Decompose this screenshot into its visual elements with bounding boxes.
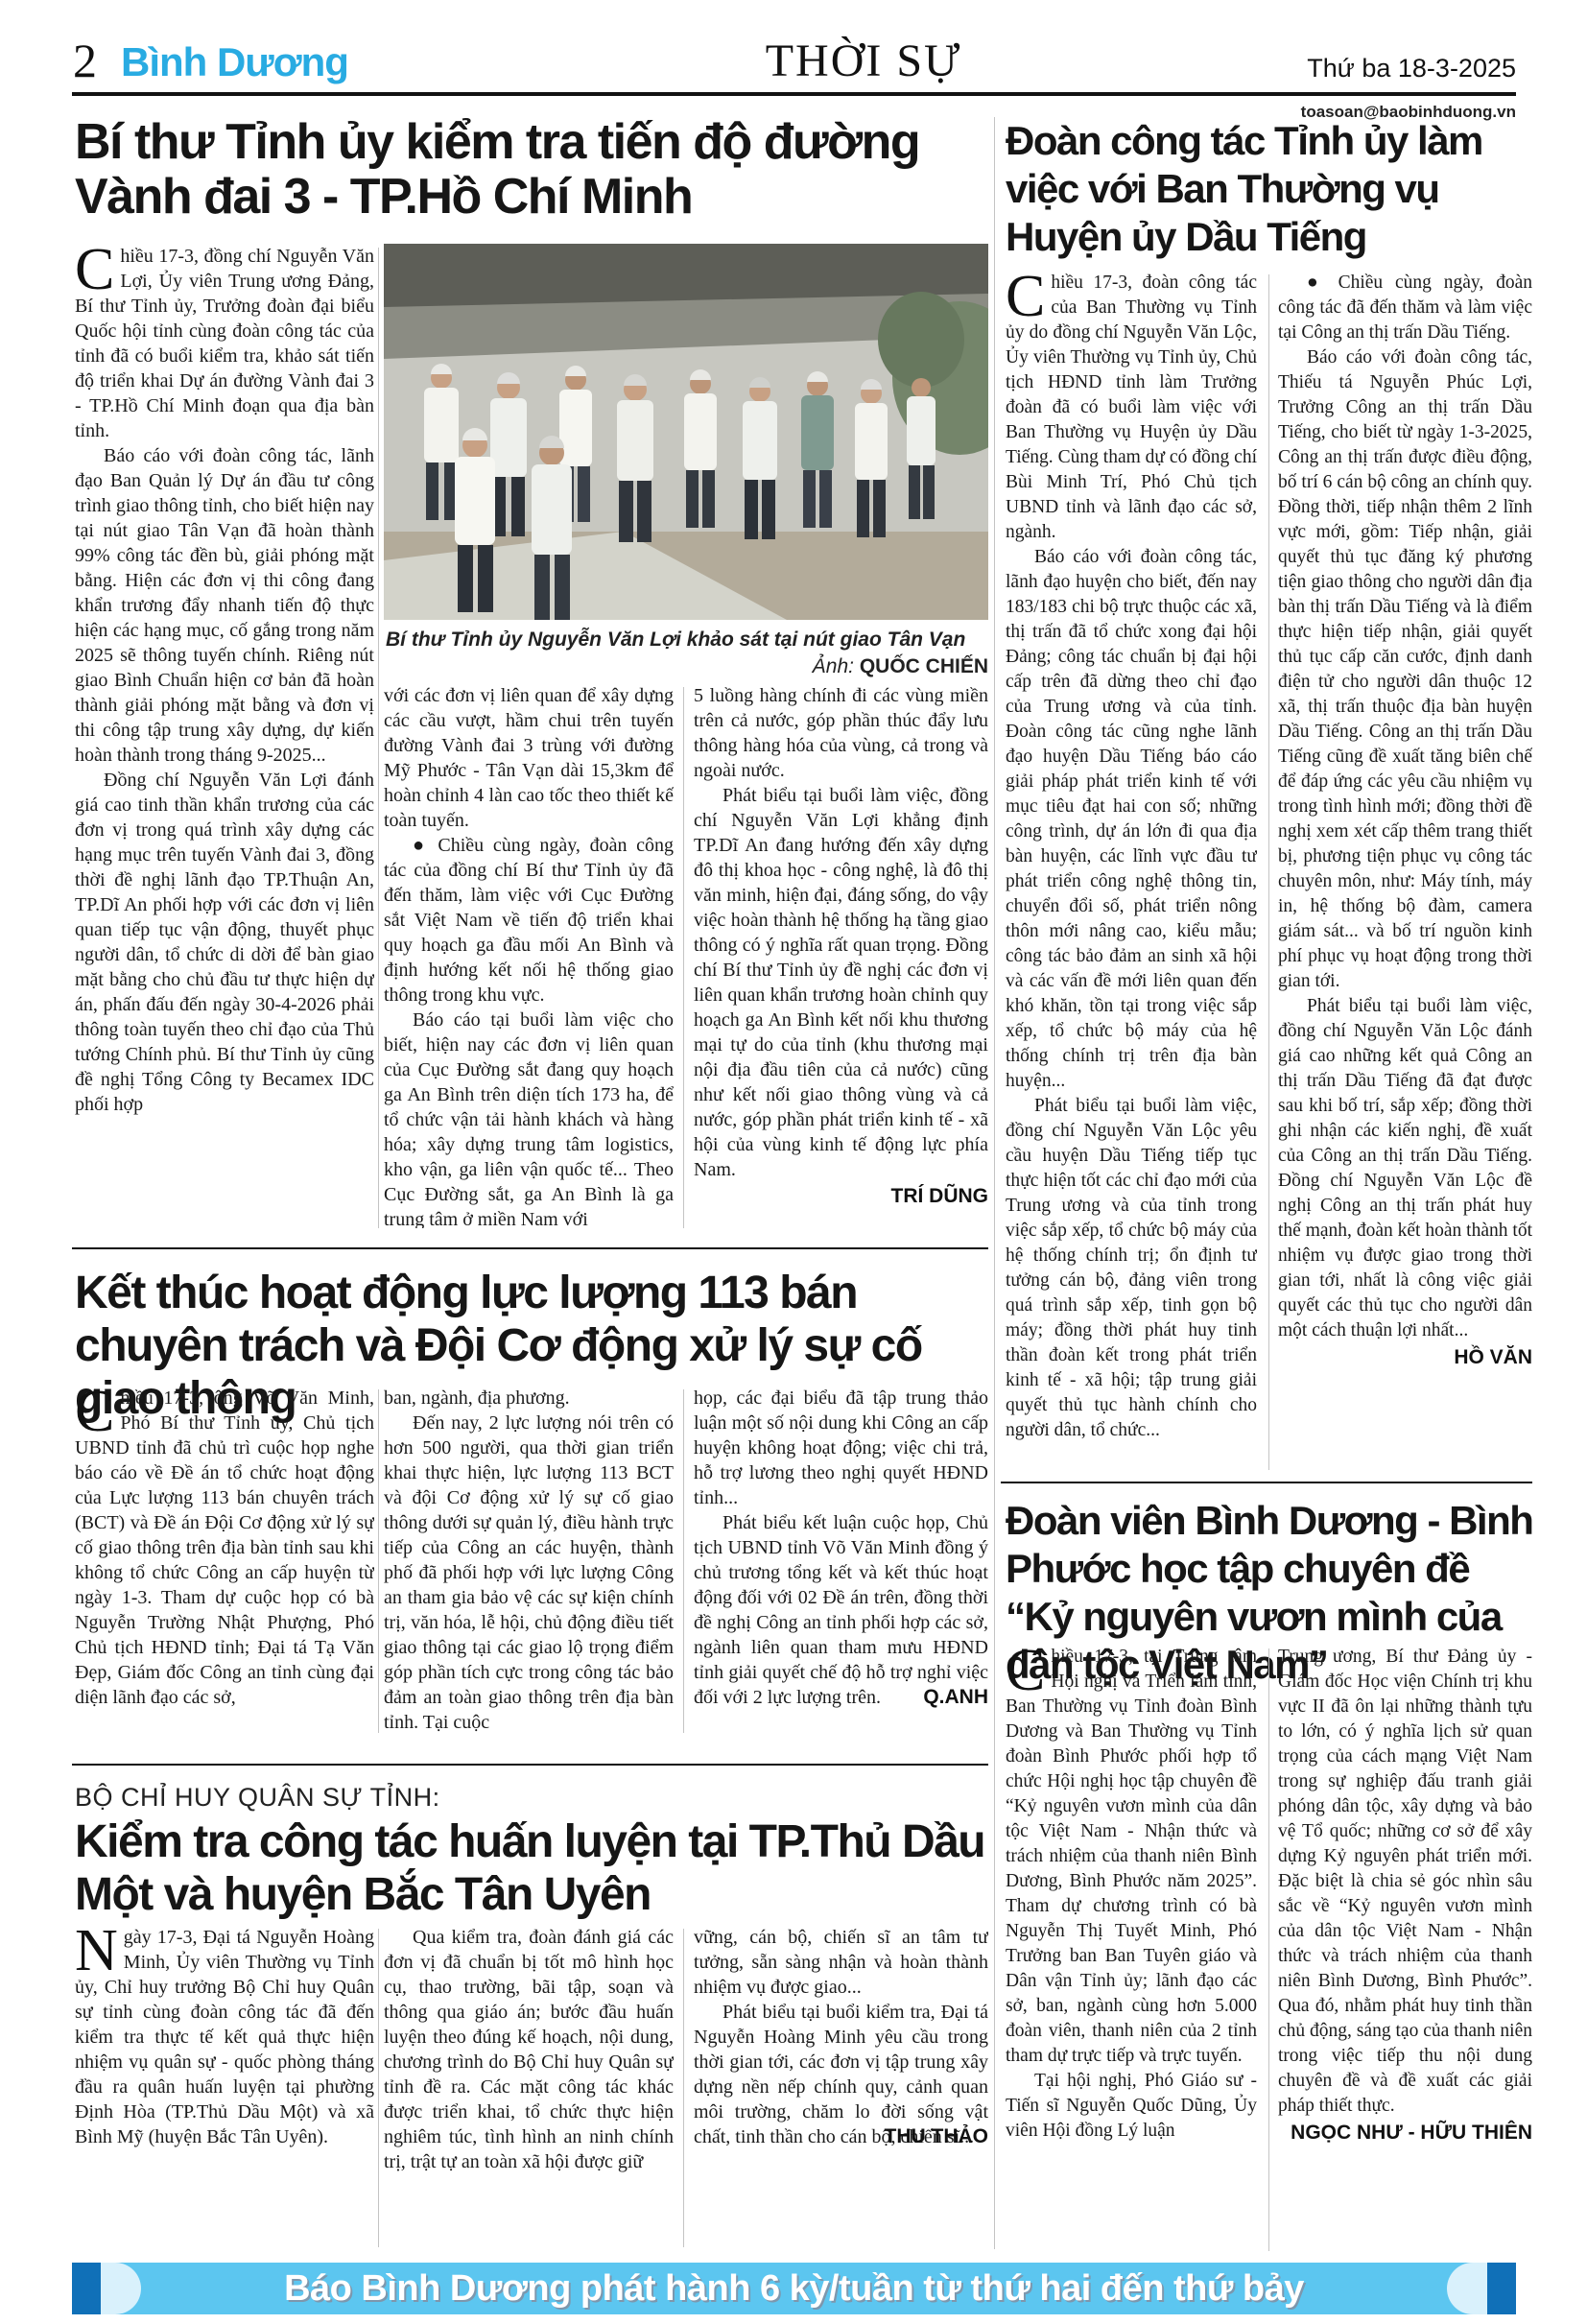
- section-divider: [1001, 1482, 1532, 1483]
- a5-column-2: Trung ương, Bí thư Đảng ủy - Giám đốc Họ…: [1278, 1645, 1532, 2251]
- body-paragraph: Đến nay, 2 lực lượng nói trên có hơn 500…: [384, 1411, 674, 1735]
- body-paragraph: Phát biểu kết luận cuộc họp, Chủ tịch UB…: [694, 1510, 988, 1710]
- a2-byline: HỒ VĂN: [1278, 1345, 1532, 1370]
- column-divider: [378, 1389, 379, 1733]
- body-paragraph: Chiều 17-3, đoàn công tác của Ban Thường…: [1006, 271, 1257, 545]
- a3-column-3: họp, các đại biểu đã tập trung thảo luận…: [694, 1386, 988, 1762]
- body-paragraph: 5 luồng hàng chính đi các vùng miền trên…: [694, 683, 988, 783]
- body-paragraph: Tại hội nghị, Phó Giáo sư - Tiến sĩ Nguy…: [1006, 2069, 1257, 2144]
- body-paragraph: Qua kiểm tra, đoàn đánh giá các đơn vị đ…: [384, 1925, 674, 2174]
- a4-kicker: BỘ CHỈ HUY QUÂN SỰ TỈNH:: [75, 1783, 440, 1812]
- body-paragraph: Báo cáo với đoàn công tác, lãnh đạo Ban …: [75, 443, 374, 768]
- a2-column-2: ● Chiều cùng ngày, đoàn công tác đã đến …: [1278, 271, 1532, 1470]
- section-divider: [72, 1764, 988, 1766]
- a1-headline: Bí thư Tỉnh ủy kiểm tra tiến độ đường Và…: [75, 115, 988, 225]
- footer-disc-left: [101, 2263, 141, 2314]
- body-paragraph: ● Chiều cùng ngày, đoàn công tác đã đến …: [1278, 271, 1532, 345]
- column-divider: [1268, 274, 1269, 1470]
- photo-credit-label: Ảnh:: [813, 655, 854, 677]
- body-paragraph: Phát biểu tại buổi làm việc, đồng chí Ng…: [694, 783, 988, 1182]
- body-paragraph: ● Chiều cùng ngày, đoàn công tác của đồn…: [384, 833, 674, 1008]
- a4-column-2: Qua kiểm tra, đoàn đánh giá các đơn vị đ…: [384, 1925, 674, 2251]
- body-paragraph: với các đơn vị liên quan để xây dựng các…: [384, 683, 674, 833]
- a2-column-1: Chiều 17-3, đoàn công tác của Ban Thường…: [1006, 271, 1257, 1470]
- header-date: Thứ ba 18-3-2025: [1307, 56, 1516, 82]
- footer-disc-right: [1447, 2263, 1487, 2314]
- header-rule: [72, 92, 1516, 96]
- a4-column-1: Ngày 17-3, Đại tá Nguyễn Hoàng Minh, Ủy …: [75, 1925, 374, 2251]
- block-divider: [994, 117, 995, 2249]
- masthead-logo: Bình Dương: [121, 42, 348, 83]
- section-title: THỜI SỰ: [672, 38, 1055, 84]
- a4-column-3: vững, cán bộ, chiến sĩ an tâm tư tưởng, …: [694, 1925, 988, 2251]
- drop-cap: C: [1006, 271, 1051, 320]
- footer-accent-left: [72, 2263, 101, 2314]
- footer-banner: Báo Bình Dương phát hành 6 kỳ/tuần từ th…: [72, 2263, 1516, 2314]
- body-paragraph: Chiều 17-3, đồng chí Nguyễn Văn Lợi, Ủy …: [75, 244, 374, 443]
- column-divider: [683, 1389, 684, 1733]
- section-divider: [72, 1247, 988, 1249]
- drop-cap: C: [1006, 1645, 1051, 1695]
- body-paragraph: Báo cáo tại buổi làm việc cho biết, hiện…: [384, 1008, 674, 1228]
- newspaper-page: 2 Bình Dương THỜI SỰ Thứ ba 18-3-2025 to…: [0, 0, 1587, 2324]
- photo-caption: Bí thư Tỉnh ủy Nguyễn Văn Lợi khảo sát t…: [386, 628, 988, 652]
- body-paragraph: Trung ương, Bí thư Đảng ủy - Giám đốc Họ…: [1278, 1645, 1532, 2119]
- a3-column-2: ban, ngành, địa phương. Đến nay, 2 lực l…: [384, 1386, 674, 1737]
- body-paragraph: vững, cán bộ, chiến sĩ an tâm tư tưởng, …: [694, 1925, 988, 2000]
- body-paragraph: Phát biểu tại buổi làm việc, đồng chí Ng…: [1006, 1094, 1257, 1443]
- body-paragraph: Chiều 17-3, tại Trung tâm Hội nghị và Tr…: [1006, 1645, 1257, 2069]
- body-paragraph: họp, các đại biểu đã tập trung thảo luận…: [694, 1386, 988, 1510]
- a1-column-2: với các đơn vị liên quan để xây dựng các…: [384, 683, 674, 1228]
- body-paragraph: Chiều 17-3, ông Võ Văn Minh, Phó Bí thư …: [75, 1386, 374, 1710]
- a5-byline: NGỌC NHƯ - HỮU THIÊN: [1278, 2121, 1532, 2146]
- drop-cap: C: [75, 244, 120, 294]
- a1-column-3: 5 luồng hàng chính đi các vùng miền trên…: [694, 683, 988, 1228]
- column-divider: [378, 248, 379, 1228]
- column-divider: [1268, 1648, 1269, 2251]
- body-paragraph: Báo cáo với đoàn công tác, lãnh đạo huyệ…: [1006, 545, 1257, 1094]
- a4-headline: Kiểm tra công tác huấn luyện tại TP.Thủ …: [75, 1815, 988, 1921]
- photo-credit: Ảnh: QUỐC CHIẾN: [386, 654, 988, 679]
- column-divider: [683, 1929, 684, 2247]
- footer-accent-right: [1487, 2263, 1516, 2314]
- column-divider: [683, 687, 684, 1228]
- a2-headline: Đoàn công tác Tỉnh ủy làm việc với Ban T…: [1006, 117, 1539, 261]
- body-paragraph: Ngày 17-3, Đại tá Nguyễn Hoàng Minh, Ủy …: [75, 1925, 374, 2149]
- footer-slogan: Báo Bình Dương phát hành 6 kỳ/tuần từ th…: [149, 2263, 1439, 2314]
- page-number: 2: [73, 36, 97, 84]
- body-paragraph: Phát biểu tại buổi làm việc, đồng chí Ng…: [1278, 994, 1532, 1343]
- photo-illustration: [384, 244, 988, 620]
- a1-photo: [384, 244, 988, 620]
- drop-cap: C: [75, 1386, 120, 1435]
- body-paragraph: Đồng chí Nguyễn Văn Lợi đánh giá cao tin…: [75, 768, 374, 1117]
- column-divider: [378, 1929, 379, 2247]
- a1-byline: TRÍ DŨNG: [694, 1184, 988, 1209]
- body-paragraph: ban, ngành, địa phương.: [384, 1386, 674, 1411]
- body-paragraph: Báo cáo với đoàn công tác, Thiếu tá Nguy…: [1278, 345, 1532, 994]
- a3-column-1: Chiều 17-3, ông Võ Văn Minh, Phó Bí thư …: [75, 1386, 374, 1737]
- a5-column-1: Chiều 17-3, tại Trung tâm Hội nghị và Tr…: [1006, 1645, 1257, 2251]
- a1-column-1: Chiều 17-3, đồng chí Nguyễn Văn Lợi, Ủy …: [75, 244, 374, 1228]
- photo-credit-name: QUỐC CHIẾN: [860, 655, 988, 677]
- drop-cap: N: [75, 1925, 124, 1975]
